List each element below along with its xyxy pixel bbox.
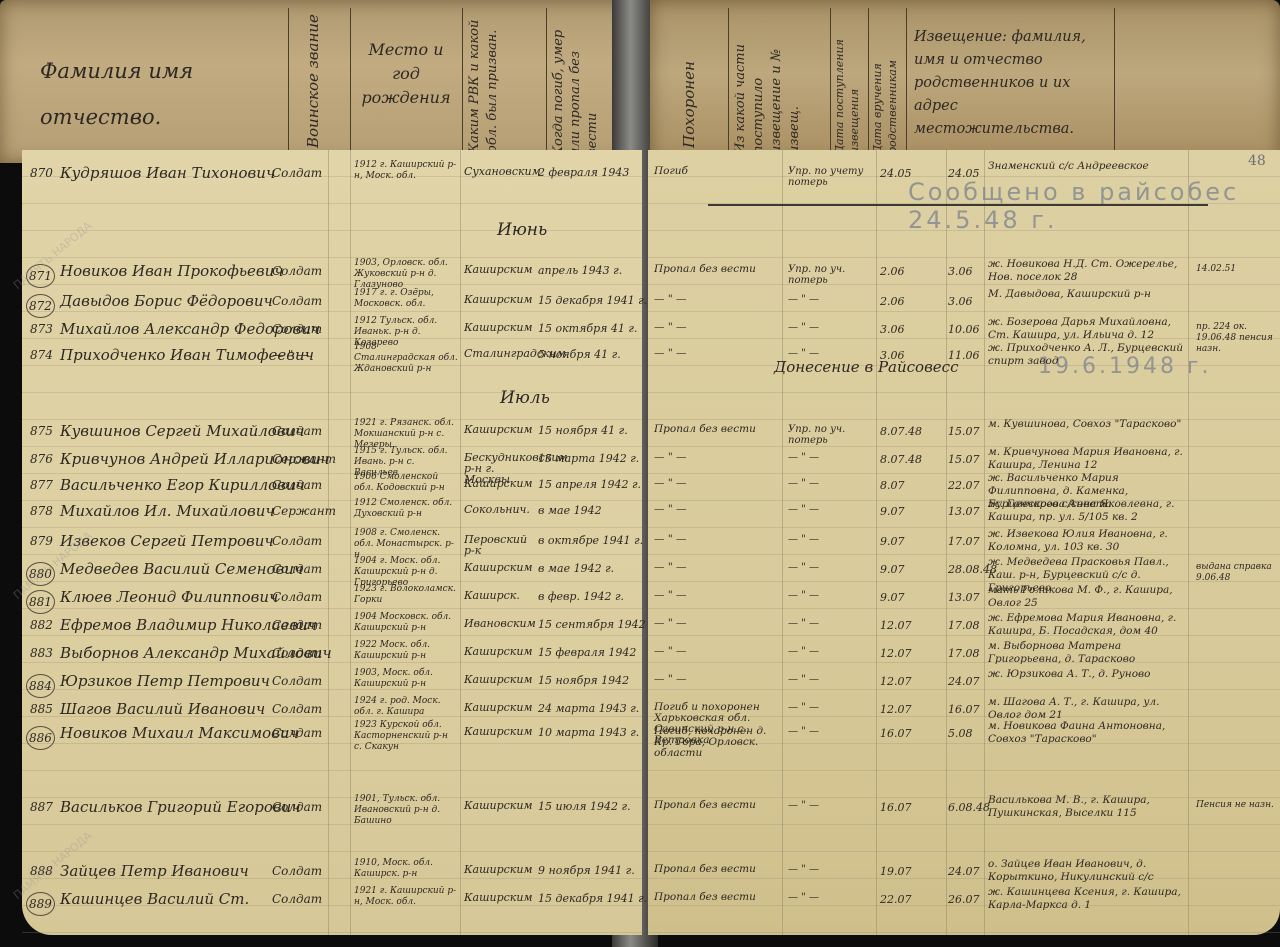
soldier-name: Давыдов Борис Фёдорович xyxy=(60,292,273,310)
notice-source: — " — xyxy=(788,646,874,657)
soldier-name: Клюев Леонид Филиппович xyxy=(60,588,278,606)
notice-source: — " — xyxy=(788,534,874,545)
draft-office: Сокольнич. xyxy=(464,504,532,515)
loss-status: — " — xyxy=(654,348,776,359)
header-col-birth: Место и год рождения xyxy=(350,8,463,158)
notice-source: — " — xyxy=(788,452,874,463)
stamp-sent-to-raisobes: Сообщено в райсобес 24.5.48 г. xyxy=(908,178,1280,234)
header-notice-date-label: Дата поступления извещения xyxy=(832,14,862,154)
notice-source: — " — xyxy=(788,864,874,875)
military-rank: Солдат xyxy=(272,478,322,492)
draft-office: Сталинградским xyxy=(464,348,532,359)
notice-source: — " — xyxy=(788,892,874,903)
row-number: 878 xyxy=(30,504,53,518)
notice-source: Упр. по уч. потерь xyxy=(788,424,874,446)
loss-status: Пропал без вести xyxy=(654,892,776,903)
birth-place-year: 1903, Орловск. обл. Жуковский р-н д. Гла… xyxy=(354,258,458,291)
notice-source: — " — xyxy=(788,504,874,515)
relatives-address: Знаменский с/с Андреевское xyxy=(988,160,1184,173)
delivery-date: 17.08 xyxy=(948,648,980,659)
military-rank: Солдат xyxy=(272,590,322,604)
delivery-date: 15.07 xyxy=(948,426,980,437)
notice-date: 12.07 xyxy=(880,676,912,687)
loss-status: — " — xyxy=(654,504,776,515)
draft-office: Ивановским xyxy=(464,618,532,629)
date-of-loss: апрель 1943 г. xyxy=(538,264,622,277)
soldier-name: Новиков Михаил Максимович xyxy=(60,724,299,742)
delivery-date: 5.08 xyxy=(948,728,973,739)
military-rank: Солдат xyxy=(272,892,322,906)
notice-source: — " — xyxy=(788,478,874,489)
military-rank: Солдат xyxy=(272,864,322,878)
birth-place-year: 1904 Московск. обл. Каширский р-н xyxy=(354,612,458,634)
date-of-loss: 15 декабря 1941 г. xyxy=(538,892,647,905)
birth-place-year: 1917 г. г. Озёры, Московск. обл. xyxy=(354,288,458,310)
delivery-date: 24.07 xyxy=(948,866,980,877)
relatives-address: ж. Новикова Н.Д. Ст. Ожерелье, Нов. посе… xyxy=(988,258,1184,284)
header-name-label: Фамилия имя отчество. xyxy=(40,48,270,140)
header-notice-from-label: Из какой части поступило извещение и № и… xyxy=(732,14,804,154)
header-right-flap: Похоронен Из какой части поступило извещ… xyxy=(650,0,1280,163)
relatives-address: М. Давыдова, Каширский р-н xyxy=(988,288,1184,301)
notice-date: 8.07.48 xyxy=(880,426,922,437)
row-number: 883 xyxy=(30,646,53,660)
birth-place-year: 1901, Тульск. обл. Ивановский р-н д. Баш… xyxy=(354,794,458,827)
military-rank: Солдат xyxy=(272,674,322,688)
remark: пр. 224 ок. 19.06.48 пенсия назн. xyxy=(1196,322,1276,355)
soldier-name: Новиков Иван Прокофьевич xyxy=(60,262,284,280)
remark: выдана справка 9.06.48 xyxy=(1196,562,1276,584)
loss-status: — " — xyxy=(654,646,776,657)
remark: Пенсия не назн. xyxy=(1196,800,1276,811)
header-rvk-label: Каким РВК и какой обл. был призван. xyxy=(466,13,502,153)
relatives-address: ж. Приходченко А. Л., Бурцевский спирт з… xyxy=(988,342,1184,368)
military-rank: Солдат xyxy=(272,646,322,660)
notice-date: 12.07 xyxy=(880,704,912,715)
draft-office: Каширским xyxy=(464,322,532,333)
military-rank: Солдат xyxy=(272,322,322,336)
delivery-date: 17.07 xyxy=(948,536,980,547)
header-left-flap: Фамилия имя отчество. Воинское звание Ме… xyxy=(0,0,640,163)
soldier-name: Юрзиков Петр Петрович xyxy=(60,672,270,690)
notice-date: 12.07 xyxy=(880,620,912,631)
soldier-name: Кувшинов Сергей Михайлович xyxy=(60,422,305,440)
notice-date: 16.07 xyxy=(880,728,912,739)
header-birth-label: Место и год рождения xyxy=(356,38,456,110)
draft-office: Каширским xyxy=(464,726,532,737)
notice-date: 19.07 xyxy=(880,866,912,877)
delivery-date: 24.07 xyxy=(948,676,980,687)
date-of-loss: 9 ноября 1941 г. xyxy=(538,864,635,877)
date-of-loss: 15 ноября 1942 xyxy=(538,674,629,687)
relatives-address: м. Кривчунова Мария Ивановна, г. Кашира,… xyxy=(988,446,1184,472)
military-rank: Солдат xyxy=(272,166,322,180)
row-number: 885 xyxy=(30,702,53,716)
birth-place-year: 1923 г. Волоколамск. Горки xyxy=(354,584,458,606)
notice-source: — " — xyxy=(788,674,874,685)
relatives-address: мать Голикова М. Ф., г. Кашира, Овлог 25 xyxy=(988,584,1184,610)
loss-status: — " — xyxy=(654,478,776,489)
row-number: 886 xyxy=(26,726,55,750)
notice-date: 8.07.48 xyxy=(880,454,922,465)
loss-status: — " — xyxy=(654,562,776,573)
month-heading-june: Июнь xyxy=(497,220,547,240)
loss-status: — " — xyxy=(654,322,776,333)
draft-office: Перовский р-к xyxy=(464,534,532,556)
row-number: 881 xyxy=(26,590,55,614)
left-page: Июнь Июль 870Кудряшов Иван ТихоновичСолд… xyxy=(22,150,642,935)
draft-office: Каширским xyxy=(464,264,532,275)
header-col-name: Фамилия имя отчество. xyxy=(0,8,289,158)
header-rank-label: Воинское звание xyxy=(304,18,323,148)
notice-source: — " — xyxy=(788,702,874,713)
date-of-loss: 15 июля 1942 г. xyxy=(538,800,631,813)
soldier-name: Васильченко Егор Кириллович xyxy=(60,476,305,494)
loss-status: — " — xyxy=(654,452,776,463)
delivery-date: 10.06 xyxy=(948,324,980,335)
birth-place-year: 1922 Моск. обл. Каширский р-н xyxy=(354,640,458,662)
date-of-loss: в мае 1942 xyxy=(538,504,602,517)
loss-status: — " — xyxy=(654,590,776,601)
soldier-name: Васильков Григорий Егорович xyxy=(60,798,301,816)
delivery-date: 3.06 xyxy=(948,296,973,307)
delivery-date: 13.07 xyxy=(948,506,980,517)
notice-source: — " — xyxy=(788,562,874,573)
loss-status: Погиб xyxy=(654,166,776,177)
date-of-loss: в октябре 1941 г. xyxy=(538,534,643,547)
notice-source: — " — xyxy=(788,294,874,305)
row-number: 870 xyxy=(30,166,53,180)
delivery-date: 22.07 xyxy=(948,480,980,491)
loss-status: Пропал без вести xyxy=(654,864,776,875)
header-col-rank: Воинское звание xyxy=(288,8,351,158)
birth-place-year: 1912 Смоленск. обл. Духовский р-н xyxy=(354,498,458,520)
row-number: 889 xyxy=(26,892,55,916)
delivery-date: 3.06 xyxy=(948,266,973,277)
birth-place-year: 1910, Моск. обл. Каширск. р-н xyxy=(354,858,458,880)
military-rank: Солдат xyxy=(272,702,322,716)
relatives-address: ж. Извекова Юлия Ивановна, г. Коломна, у… xyxy=(988,528,1184,554)
relatives-address: о. Зайцев Иван Иванович, д. Корыткино, Н… xyxy=(988,858,1184,884)
date-of-loss: 15 сентября 1942 г. xyxy=(538,618,658,631)
date-of-loss: 15 апреля 1942 г. xyxy=(538,478,641,491)
loss-status: Пропал без вести xyxy=(654,264,776,275)
loss-status: — " — xyxy=(654,294,776,305)
loss-status: — " — xyxy=(654,534,776,545)
month-heading-july: Июль xyxy=(500,388,550,408)
birth-place-year: 1912 г. Каширский р-н, Моск. обл. xyxy=(354,160,458,182)
soldier-name: Михайлов Ил. Михайлович xyxy=(60,502,275,520)
draft-office: Каширским xyxy=(464,892,532,903)
soldier-name: Зайцев Петр Иванович xyxy=(60,862,249,880)
notice-date: 3.06 xyxy=(880,324,905,335)
header-col-relatives: Извещение: фамилия, имя и отчество родст… xyxy=(906,8,1115,158)
relatives-address: м. Шагова А. Т., г. Кашира, ул. Овлог до… xyxy=(988,696,1184,722)
military-rank: Солдат xyxy=(272,534,322,548)
notice-source: — " — xyxy=(788,800,874,811)
row-number: 879 xyxy=(30,534,53,548)
row-number: 882 xyxy=(30,618,53,632)
draft-office: Каширским xyxy=(464,562,532,573)
date-of-loss: в февр. 1942 г. xyxy=(538,590,624,603)
relatives-address: Василькова М. В., г. Кашира, Пушкинская,… xyxy=(988,794,1184,820)
military-rank: Сержант xyxy=(272,452,336,466)
relatives-address: ж. Юрзикова А. Т., д. Руново xyxy=(988,668,1184,681)
date-of-loss: 15 февраля 1942 xyxy=(538,646,636,659)
soldier-name: Шагов Василий Иванович xyxy=(60,700,265,718)
date-of-loss: 2 февраля 1943 xyxy=(538,166,629,179)
notice-date: 9.07 xyxy=(880,536,905,547)
military-rank: Солдат xyxy=(272,800,322,814)
divider-line xyxy=(708,204,1208,206)
relatives-address: м. Новикова Фаина Антоновна, Совхоз "Тар… xyxy=(988,720,1184,746)
relatives-address: м. Кувшинова, Совхоз "Тарасково" xyxy=(988,418,1184,431)
loss-status: Пропал без вести xyxy=(654,424,776,435)
header-col-when: Когда погиб, умер или пропал без вести xyxy=(546,8,616,158)
relatives-address: ж. Кашинцева Ксения, г. Кашира, Карла-Ма… xyxy=(988,886,1184,912)
date-of-loss: 15 декабря 1941 г. xyxy=(538,294,647,307)
notice-date: 2.06 xyxy=(880,296,905,307)
loss-status: — " — xyxy=(654,674,776,685)
military-rank: — " — xyxy=(272,348,309,362)
row-number: 873 xyxy=(30,322,53,336)
draft-office: Каширским xyxy=(464,674,532,685)
military-rank: Солдат xyxy=(272,264,322,278)
header-col-delivery-date: Дата вручения родственникам xyxy=(868,8,907,158)
notice-source: — " — xyxy=(788,348,874,359)
date-of-loss: 5 ноября 41 г. xyxy=(538,348,621,361)
row-number: 887 xyxy=(30,800,53,814)
row-number: 877 xyxy=(30,478,53,492)
military-rank: Солдат xyxy=(272,424,322,438)
birth-place-year: 1921 г. Каширский р-н, Моск. обл. xyxy=(354,886,458,908)
military-rank: Сержант xyxy=(272,504,336,518)
header-when-label: Когда погиб, умер или пропал без вести xyxy=(550,16,601,156)
draft-office: Каширским xyxy=(464,424,532,435)
row-number: 884 xyxy=(26,674,55,698)
loss-status: Пропал без вести xyxy=(654,800,776,811)
notice-date: 9.07 xyxy=(880,506,905,517)
relatives-address: ж. Бозерова Дарья Михайловна, Ст. Кашира… xyxy=(988,316,1184,342)
notice-source: Упр. по уч. потерь xyxy=(788,264,874,286)
delivery-date: 6.08.48 xyxy=(948,802,990,813)
birth-place-year: 1908 Сталинградская обл. Ждановский р-н xyxy=(354,342,458,375)
row-number: 876 xyxy=(30,452,53,466)
soldier-name: Кудряшов Иван Тихонович xyxy=(60,164,275,182)
draft-office: Каширск. xyxy=(464,590,532,601)
birth-place-year: 1923 Курской обл. Касторненский р-н с. С… xyxy=(354,720,458,753)
delivery-date: 17.08 xyxy=(948,620,980,631)
delivery-date: 13.07 xyxy=(948,592,980,603)
military-rank: Солдат xyxy=(272,618,322,632)
corner-number: 48 xyxy=(1248,156,1266,167)
birth-place-year: 1906 Смоленской обл. Кодовский р-н xyxy=(354,472,458,494)
notice-date: 2.06 xyxy=(880,266,905,277)
military-rank: Солдат xyxy=(272,562,322,576)
header-relatives-label: Извещение: фамилия, имя и отчество родст… xyxy=(914,26,1110,141)
draft-office: Каширским xyxy=(464,864,532,875)
date-of-loss: 15 октября 41 г. xyxy=(538,322,637,335)
notice-date: 22.07 xyxy=(880,894,912,905)
notice-date: 9.07 xyxy=(880,564,905,575)
row-number: 875 xyxy=(30,424,53,438)
notice-source: — " — xyxy=(788,590,874,601)
delivery-date: 24.05 xyxy=(948,168,980,179)
soldier-name: Медведев Василий Семенович xyxy=(60,560,303,578)
date-of-loss: 15 марта 1942 г. xyxy=(538,452,639,465)
notice-source: — " — xyxy=(788,618,874,629)
notice-date: 9.07 xyxy=(880,592,905,603)
relatives-address: м. Выборнова Матрена Григорьевна, д. Тар… xyxy=(988,640,1184,666)
header-col-notice-date: Дата поступления извещения xyxy=(830,8,869,158)
row-number: 872 xyxy=(26,294,55,318)
draft-office: Каширским xyxy=(464,702,532,713)
birth-place-year: 1924 г. род. Моск. обл. г. Кашира xyxy=(354,696,458,718)
soldier-name: Кашинцев Василий Ст. xyxy=(60,890,249,908)
notice-date: 3.06 xyxy=(880,350,905,361)
delivery-date: 16.07 xyxy=(948,704,980,715)
draft-office: Каширским xyxy=(464,294,532,305)
header-col-notice-from: Из какой части поступило извещение и № и… xyxy=(728,8,831,158)
relatives-address: ж. Ефремова Мария Ивановна, г. Кашира, Б… xyxy=(988,612,1184,638)
header-buried-label: Похоронен xyxy=(680,18,699,148)
date-of-loss: 10 марта 1943 г. xyxy=(538,726,639,739)
delivery-date: 11.06 xyxy=(948,350,980,361)
delivery-date: 26.07 xyxy=(948,894,980,905)
birth-place-year: 1903, Моск. обл. Каширский р-н xyxy=(354,668,458,690)
report-note: Донесение в Райсовесс xyxy=(774,358,958,376)
notice-date: 12.07 xyxy=(880,648,912,659)
date-of-loss: 24 марта 1943 г. xyxy=(538,702,639,715)
notice-source: — " — xyxy=(788,322,874,333)
date-of-loss: 15 ноября 41 г. xyxy=(538,424,628,437)
military-rank: Солдат xyxy=(272,726,322,740)
row-number: 874 xyxy=(30,348,53,362)
header-col-rvk: Каким РВК и какой обл. был призван. xyxy=(462,8,547,158)
header-col-buried: Похоронен xyxy=(650,8,729,158)
notice-source: Упр. по учету потерь xyxy=(788,166,874,188)
draft-office: Каширским xyxy=(464,646,532,657)
military-rank: Солдат xyxy=(272,294,322,308)
remark: 14.02.51 xyxy=(1196,264,1276,275)
header-delivery-date-label: Дата вручения родственникам xyxy=(870,14,900,154)
notice-date: 16.07 xyxy=(880,802,912,813)
notice-date: 8.07 xyxy=(880,480,905,491)
loss-status: — " — xyxy=(654,618,776,629)
notice-source: — " — xyxy=(788,726,874,737)
draft-office: Каширским xyxy=(464,800,532,811)
notice-date: 24.05 xyxy=(880,168,912,179)
right-page: Сообщено в райсобес 24.5.48 г. 48 Донесе… xyxy=(648,150,1280,935)
loss-status: Погиб, похоронен д. Кр. Гора, Орловск. о… xyxy=(654,726,776,759)
relatives-address: ж. Гончарова Анна Яковлевна, г. Кашира, … xyxy=(988,498,1184,524)
draft-office: Сухановским xyxy=(464,166,532,177)
date-of-loss: в мае 1942 г. xyxy=(538,562,614,575)
draft-office: Каширским xyxy=(464,478,532,489)
delivery-date: 15.07 xyxy=(948,454,980,465)
